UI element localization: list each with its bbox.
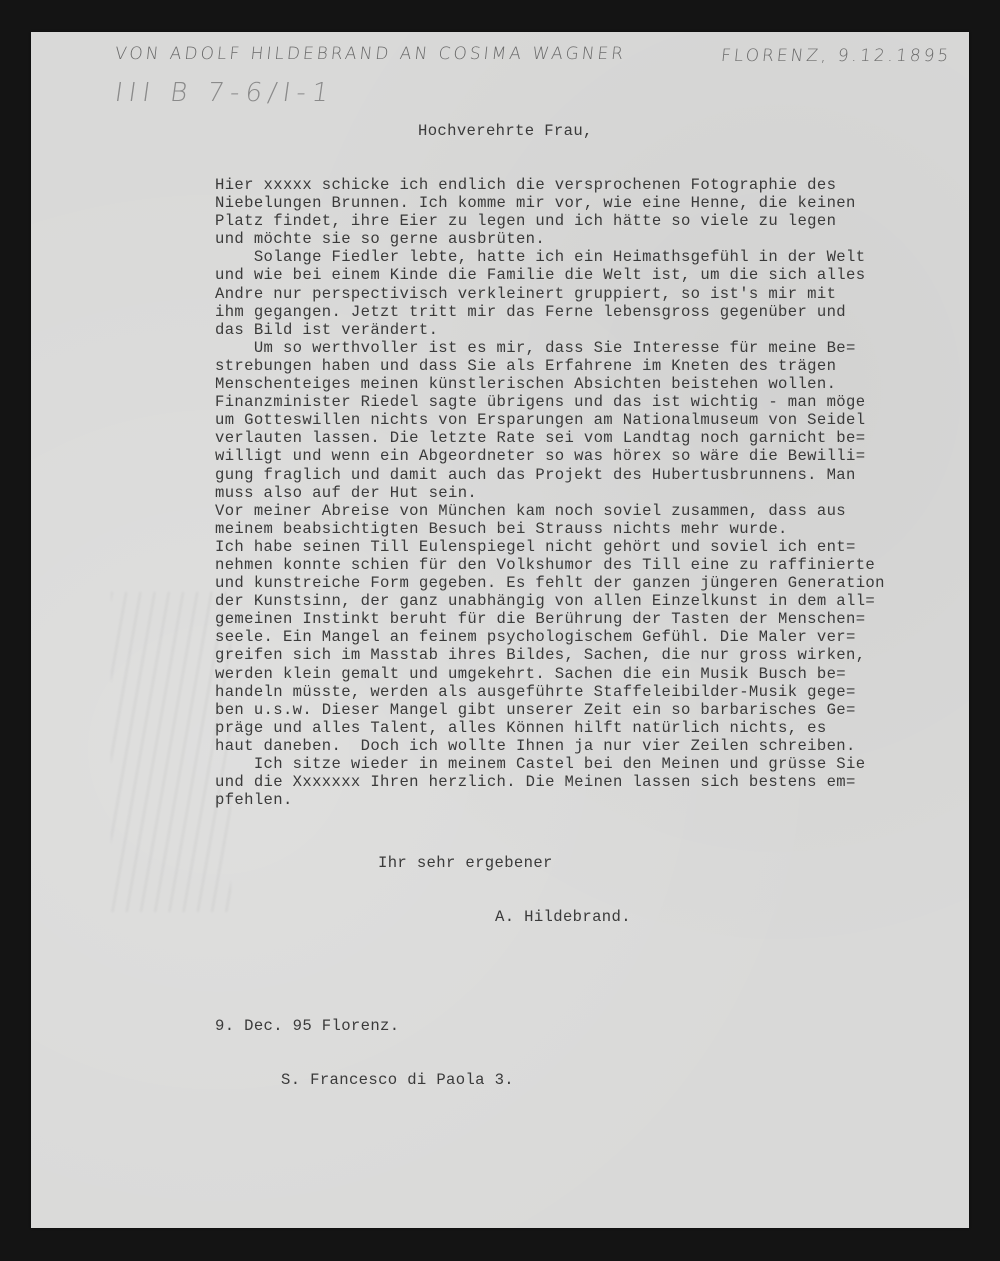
body-line: das Bild ist verändert. bbox=[215, 321, 885, 339]
body-line: der Kunstsinn, der ganz unabhängig von a… bbox=[215, 592, 885, 610]
signature: A. Hildebrand. bbox=[215, 908, 631, 926]
letter-page: VON ADOLF HILDEBRAND AN COSIMA WAGNER FL… bbox=[31, 32, 969, 1228]
footer-date-place: 9. Dec. 95 Florenz. bbox=[215, 1017, 631, 1035]
body-line: Platz findet, ihre Eier zu legen und ich… bbox=[215, 212, 885, 230]
body-line: handeln müsste, werden als ausgeführte S… bbox=[215, 683, 885, 701]
body-line: muss also auf der Hut sein. bbox=[215, 484, 885, 502]
closing-block: Ihr sehr ergebener A. Hildebrand. 9. Dec… bbox=[215, 818, 631, 1126]
body-line: werden klein gemalt und umgekehrt. Sache… bbox=[215, 665, 885, 683]
body-line: und die Xxxxxxx Ihren herzlich. Die Mein… bbox=[215, 773, 885, 791]
spacer bbox=[215, 963, 631, 981]
body-line: Ich habe seinen Till Eulenspiegel nicht … bbox=[215, 538, 885, 556]
body-line: Finanzminister Riedel sagte übrigens und… bbox=[215, 393, 885, 411]
handwritten-shelfmark: III B 7-6/I-1 bbox=[113, 78, 337, 108]
body-line: gung fraglich und damit auch das Projekt… bbox=[215, 466, 885, 484]
body-line: und möchte sie so gerne ausbrüten. bbox=[215, 230, 885, 248]
body-line: pfehlen. bbox=[215, 791, 885, 809]
body-line: verlauten lassen. Die letzte Rate sei vo… bbox=[215, 429, 885, 447]
ink-bleed-through bbox=[111, 592, 231, 912]
body-line: Niebelungen Brunnen. Ich komme mir vor, … bbox=[215, 194, 885, 212]
body-line: und wie bei einem Kinde die Familie die … bbox=[215, 266, 885, 284]
body-line: meinem beabsichtigten Besuch bei Strauss… bbox=[215, 520, 885, 538]
body-line: um Gotteswillen nichts von Ersparungen a… bbox=[215, 411, 885, 429]
handwritten-title: VON ADOLF HILDEBRAND AN COSIMA WAGNER bbox=[114, 44, 627, 64]
body-line: Andre nur perspectivisch verkleinert gru… bbox=[215, 285, 885, 303]
body-line: Ich sitze wieder in meinem Castel bei de… bbox=[215, 755, 885, 773]
body-line: haut daneben. Doch ich wollte Ihnen ja n… bbox=[215, 737, 885, 755]
body-line: Hier xxxxx schicke ich endlich die versp… bbox=[215, 176, 885, 194]
body-line: willigt und wenn ein Abgeordneter so was… bbox=[215, 447, 885, 465]
letter-body: Hier xxxxx schicke ich endlich die versp… bbox=[215, 176, 885, 809]
body-line: greifen sich im Masstab ihres Bildes, Sa… bbox=[215, 646, 885, 664]
body-line: Um so werthvoller ist es mir, dass Sie I… bbox=[215, 339, 885, 357]
body-line: und kunstreiche Form gegeben. Es fehlt d… bbox=[215, 574, 885, 592]
body-line: ben u.s.w. Dieser Mangel gibt unserer Ze… bbox=[215, 701, 885, 719]
body-line: seele. Ein Mangel an feinem psychologisc… bbox=[215, 628, 885, 646]
body-line: Solange Fiedler lebte, hatte ich ein Hei… bbox=[215, 248, 885, 266]
handwritten-place-date: FLORENZ, 9.12.1895 bbox=[720, 46, 952, 66]
salutation: Hochverehrte Frau, bbox=[418, 122, 593, 140]
body-line: nehmen konnte schien für den Volkshumor … bbox=[215, 556, 885, 574]
closing-line: Ihr sehr ergebener bbox=[215, 854, 631, 872]
body-line: präge und alles Talent, alles Können hil… bbox=[215, 719, 885, 737]
body-line: Vor meiner Abreise von München kam noch … bbox=[215, 502, 885, 520]
body-line: ihm gegangen. Jetzt tritt mir das Ferne … bbox=[215, 303, 885, 321]
body-line: Menschenteiges meinen künstlerischen Abs… bbox=[215, 375, 885, 393]
body-line: strebungen haben und dass Sie als Erfahr… bbox=[215, 357, 885, 375]
body-line: gemeinen Instinkt beruht für die Berühru… bbox=[215, 610, 885, 628]
footer-address: S. Francesco di Paola 3. bbox=[215, 1071, 631, 1089]
